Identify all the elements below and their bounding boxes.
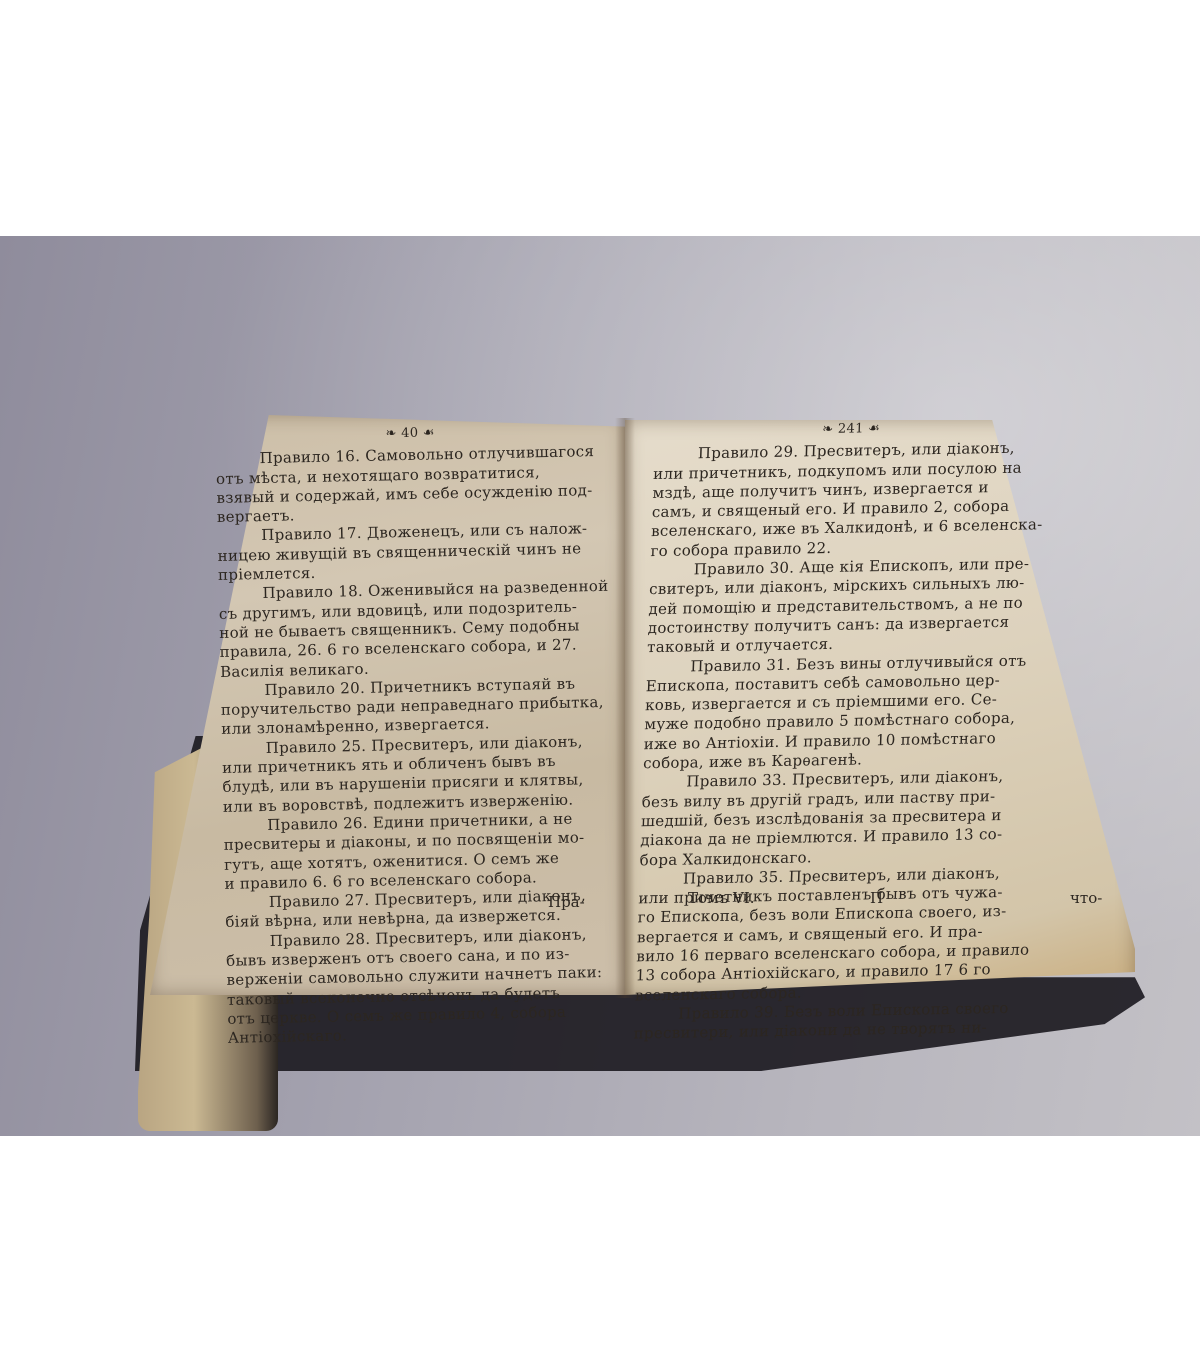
signature-mark: П: [870, 889, 883, 907]
left-page-catchword: Пра-: [548, 893, 585, 911]
left-page-text: ❧ 40 ☙ Правило 16. Самовольно отлучившаг…: [215, 420, 618, 1049]
book-gutter: [615, 418, 635, 998]
right-page-text: ❧ 241 ☙ Правило 29. Пресвитеръ, или діак…: [633, 416, 1048, 1044]
volume-label: Томъ VI.: [688, 889, 755, 907]
right-page-catchword: что-: [1070, 889, 1102, 907]
